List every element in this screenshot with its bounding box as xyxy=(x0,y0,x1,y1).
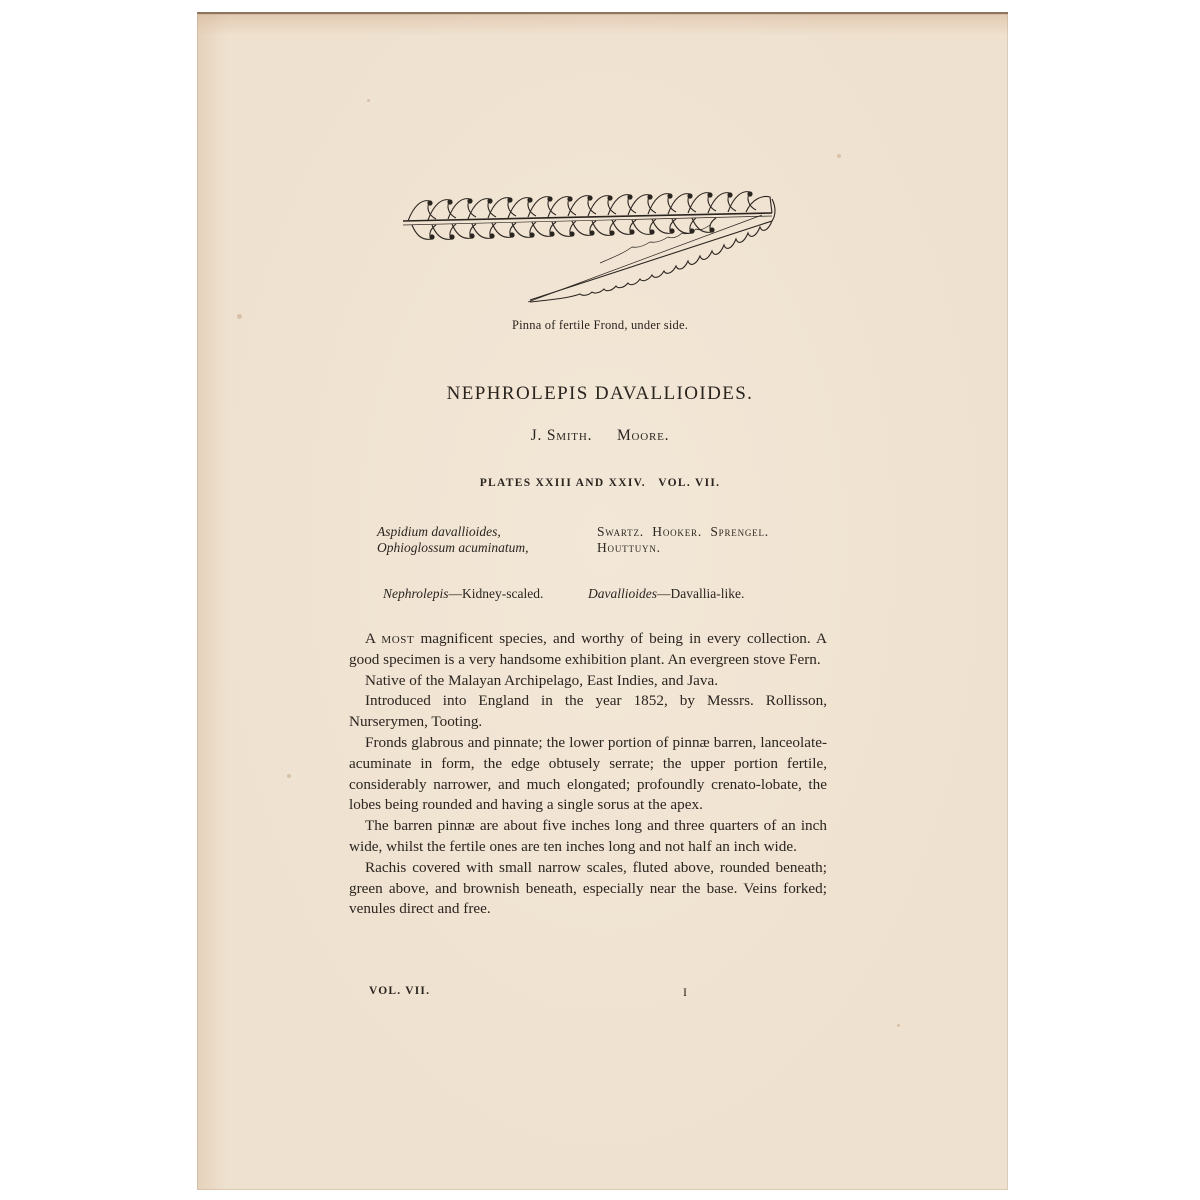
etymology-species: Davallioides—Davallia-like. xyxy=(588,586,744,602)
paragraph-overview-text: magnificent species, and worthy of being… xyxy=(349,630,827,668)
paragraph-lead: A xyxy=(365,630,375,647)
plates-reference: PLATES XXIII AND XXIV. VOL. VII. xyxy=(0,477,1200,489)
foxing-spot xyxy=(837,154,841,158)
paragraph-introduced: Introduced into England in the year 1852… xyxy=(349,691,827,733)
authority-line: J. Smith. Moore. xyxy=(0,427,1200,445)
synonym-ophioglossum: Ophioglossum acuminatum, xyxy=(377,540,529,556)
author-smith: J. Smith. xyxy=(531,427,593,444)
paragraph-rachis: Rachis covered with small narrow scales,… xyxy=(349,858,827,920)
etymology-genus-term: Nephrolepis xyxy=(383,586,449,601)
species-title: NEPHROLEPIS DAVALLIOIDES. xyxy=(0,383,1200,405)
paragraph-pinnae: The barren pinnæ are about five inches l… xyxy=(349,816,827,858)
footer-sheet-mark: I xyxy=(683,985,688,1000)
author-moore: Moore. xyxy=(617,427,669,444)
fern-pinna-illustration xyxy=(400,185,790,310)
synonym-aspidium: Aspidium davallioides, xyxy=(377,524,529,540)
etymology-species-meaning: —Davallia-like. xyxy=(657,586,744,601)
paragraph-fronds: Fronds glabrous and pinnate; the lower p… xyxy=(349,733,827,816)
foxing-spot xyxy=(287,774,291,778)
foxing-spot xyxy=(897,1024,900,1027)
paragraph-lead-smallcaps: most xyxy=(381,630,414,647)
description-body: A most magnificent species, and worthy o… xyxy=(349,629,827,920)
paragraph-native: Native of the Malayan Archipelago, East … xyxy=(349,671,827,692)
synonym-names: Aspidium davallioides, Ophioglossum acum… xyxy=(377,524,529,556)
foxing-spot xyxy=(367,99,370,102)
etymology-genus-meaning: —Kidney-scaled. xyxy=(449,586,544,601)
footer-signature: VOL. VII. xyxy=(369,985,430,997)
figure-caption: Pinna of fertile Frond, under side. xyxy=(0,318,1200,333)
etymology-genus: Nephrolepis—Kidney-scaled. xyxy=(383,586,543,602)
synonym-authorities: Swartz. Hooker. Sprengel. Houttuyn. xyxy=(597,524,769,556)
authority-ophioglossum: Houttuyn. xyxy=(597,540,769,556)
etymology-species-term: Davallioides xyxy=(588,586,657,601)
authority-aspidium: Swartz. Hooker. Sprengel. xyxy=(597,524,769,540)
paragraph-overview: A most magnificent species, and worthy o… xyxy=(349,629,827,671)
